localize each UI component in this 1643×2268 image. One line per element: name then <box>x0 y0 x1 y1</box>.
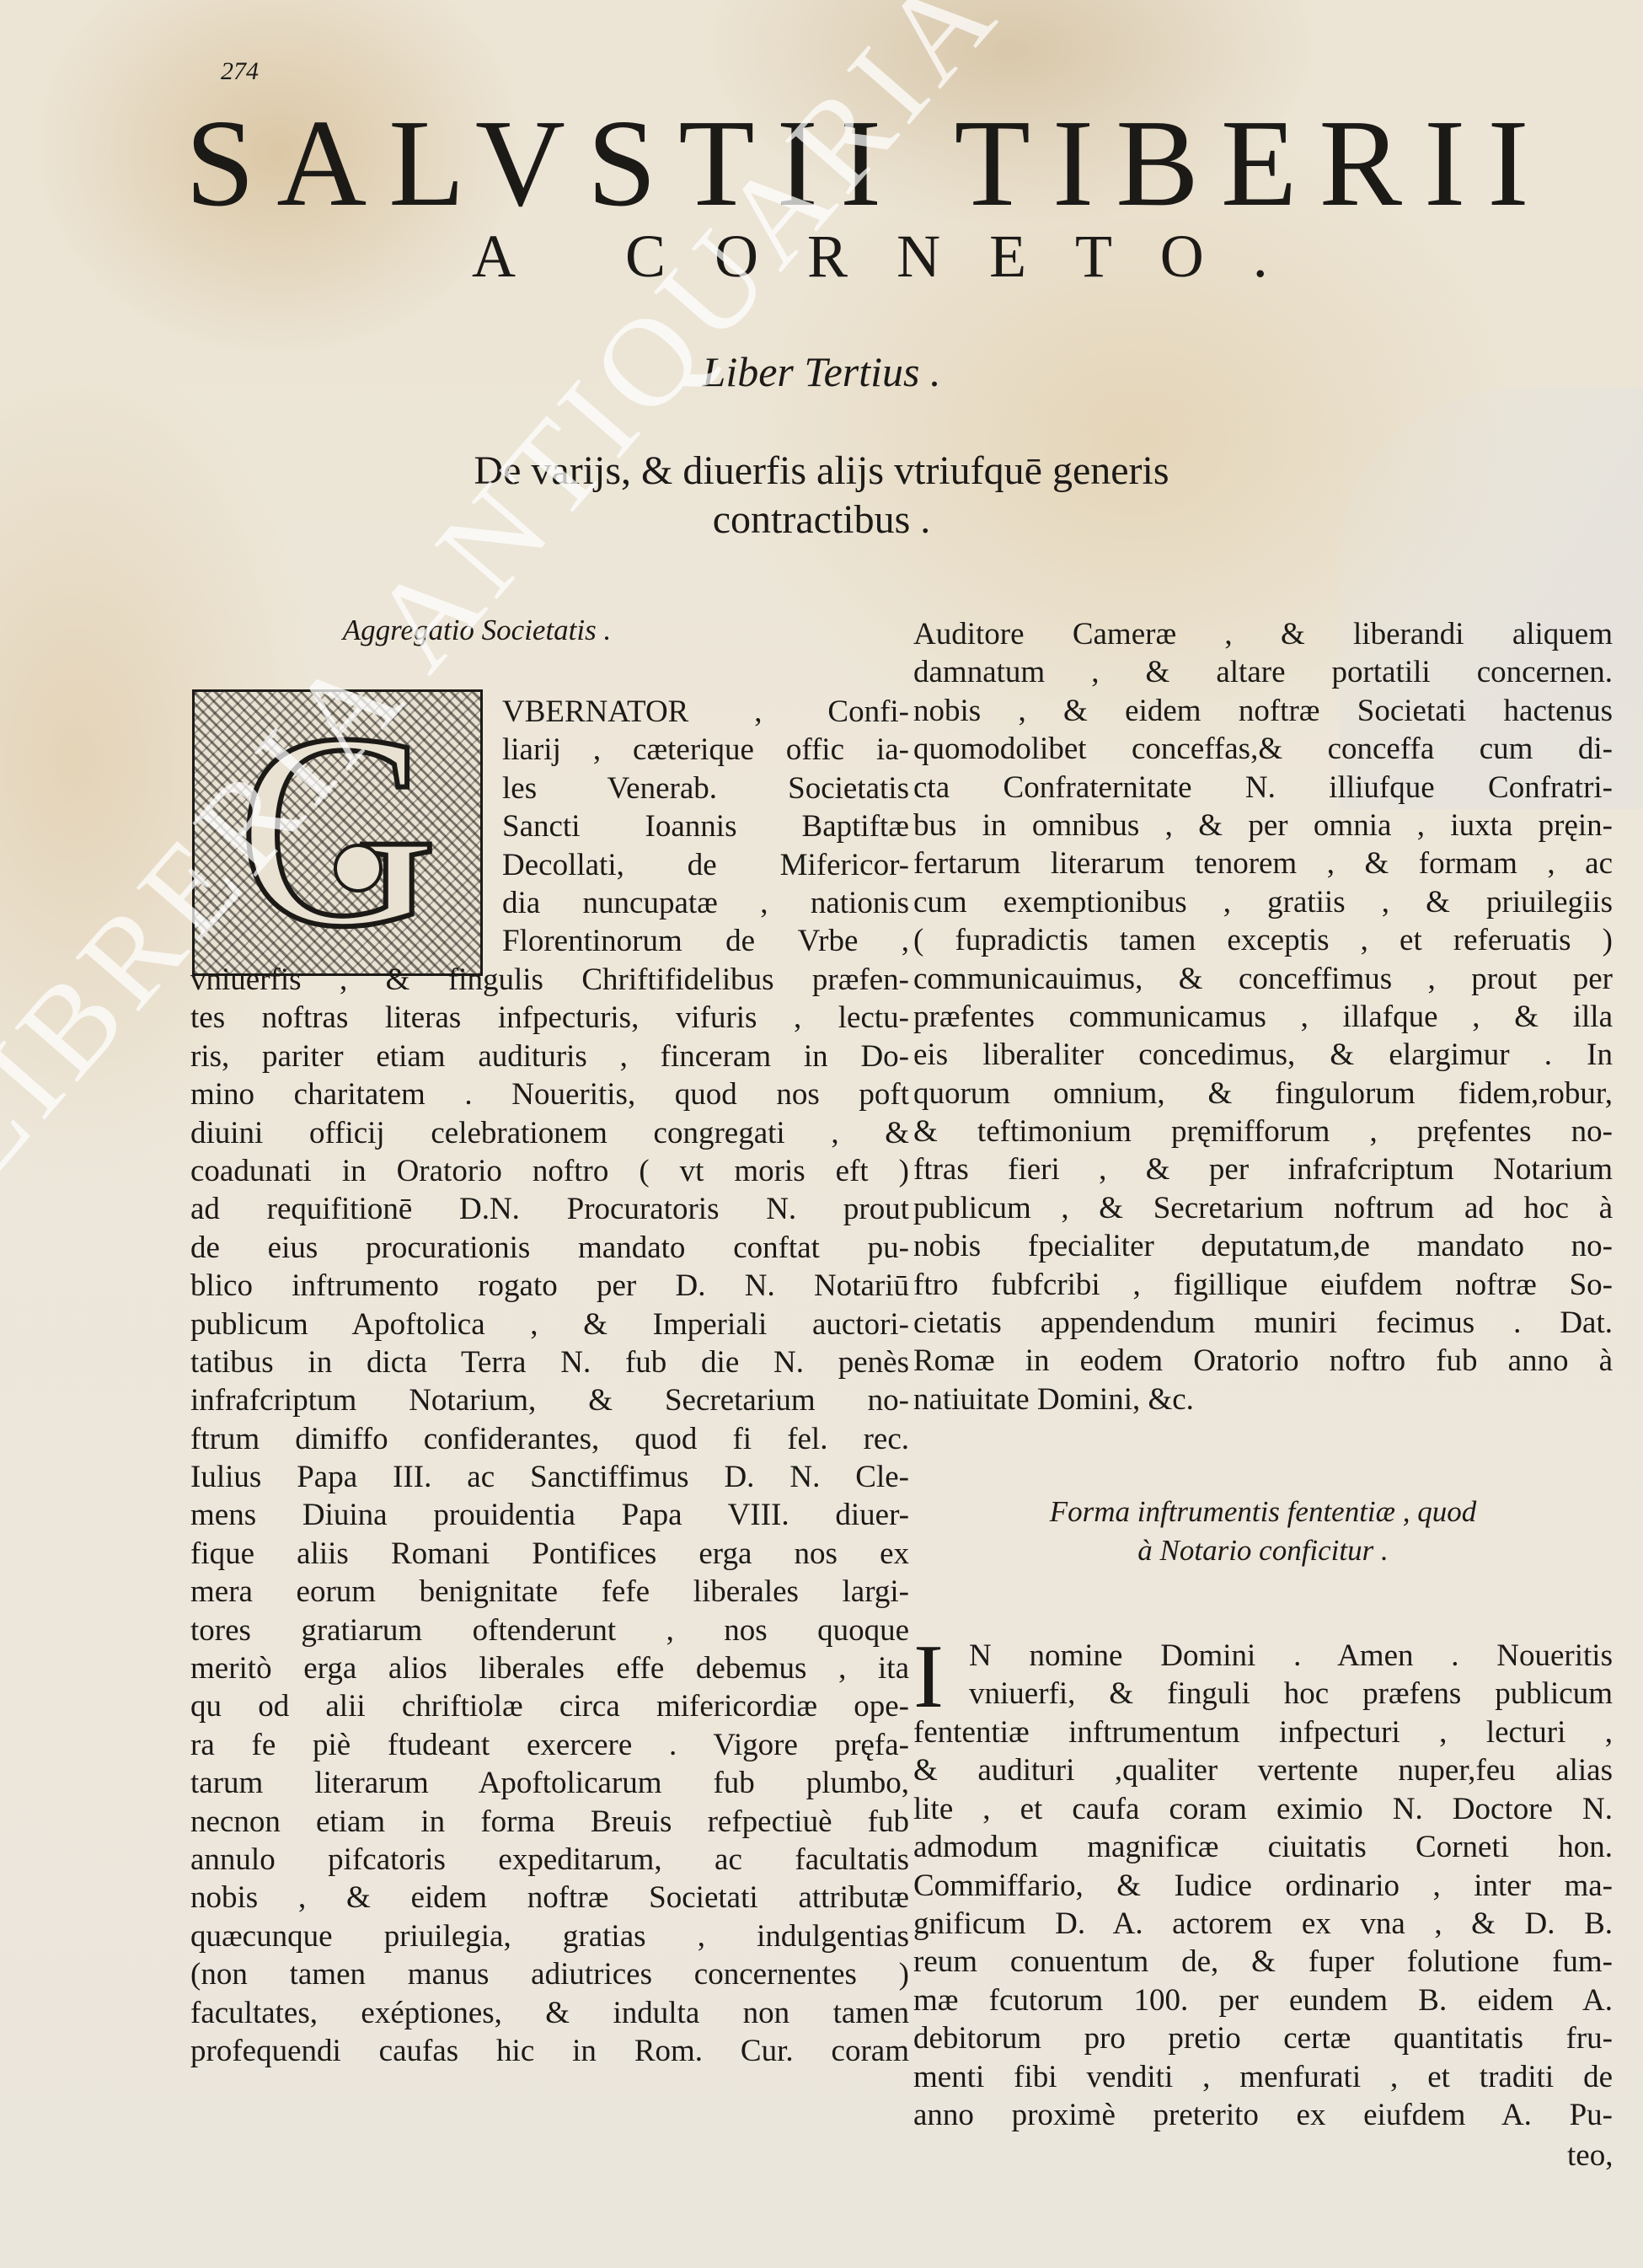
left-column-body: vniuerfis , & fingulis Chriftifidelibus … <box>190 961 909 2070</box>
text-line: ra fe piè ftudeant exercere . Vigore prę… <box>190 1726 909 1764</box>
text-line: ris, pariter etiam audituris , finceram … <box>190 1037 909 1075</box>
text-line: reum conuentum de, & fuper folutione fum… <box>913 1943 1613 1981</box>
right-column-body: Auditore Cameræ , & liberandi aliquem da… <box>913 615 1613 1418</box>
dropcap-adjacent-text: N nomine Domini . Amen . Noueritis vniue… <box>969 1637 1613 1713</box>
text-line: tes noftras literas infpecturis, vifuris… <box>190 999 909 1037</box>
text-line: Decollati, de Mifericor- <box>502 846 909 884</box>
text-line: tores gratiarum oftenderunt , nos quoque <box>190 1611 909 1649</box>
text-line: bus in omnibus , & per omnia , iuxta prę… <box>913 807 1613 844</box>
section-heading-line: contractibus . <box>0 496 1643 544</box>
text-line: coadunati in Oratorio noftro ( vt moris … <box>190 1152 909 1190</box>
text-line: vniuerfis , & fingulis Chriftifidelibus … <box>190 961 909 999</box>
book-page: 274 SALVSTII TIBERII A CORNETO. Liber Te… <box>0 0 1643 2268</box>
ornamental-dropcap: G <box>192 689 483 976</box>
text-line: tatibus in dicta Terra N. fub die N. pen… <box>190 1343 909 1381</box>
text-line: necnon etiam in forma Breuis refpectiuè … <box>190 1803 909 1841</box>
text-line: debitorum pro pretio certæ quantitatis f… <box>913 2019 1613 2057</box>
text-line: diuini officij celebrationem congregati … <box>190 1114 909 1152</box>
text-line: ( fupradictis tamen exceptis , et referu… <box>913 921 1613 959</box>
book-label: Liber Tertius . <box>0 347 1643 396</box>
text-line: communicauimus, & conceffimus , prout pe… <box>913 960 1613 998</box>
text-line: damnatum , & altare portatili concernen. <box>913 653 1613 691</box>
text-line: profequendi caufas hic in Rom. Cur. cora… <box>190 2032 909 2070</box>
text-line: fententiæ inftrumentum infpecturi , lect… <box>913 1713 1613 1751</box>
text-line: annulo pifcatoris expeditarum, ac facult… <box>190 1841 909 1879</box>
page-number: 274 <box>221 57 259 86</box>
text-line: quæcunque priuilegia, gratias , indulgen… <box>190 1917 909 1955</box>
text-line: cta Confraternitate N. illiufque Confrat… <box>913 769 1613 807</box>
text-line: qu od alii chriftiolæ circa mifericordiæ… <box>190 1687 909 1725</box>
text-line: VBERNATOR , Confi- <box>502 693 909 731</box>
text-line: de eius procurationis mandato conftat pu… <box>190 1229 909 1267</box>
right-column-body-2: fententiæ inftrumentum infpecturi , lect… <box>913 1713 1613 2134</box>
section-heading: De varijs, & diuerfis alijs vtriufquē ge… <box>0 447 1643 544</box>
text-line: cum exemptionibus , gratiis , & priuileg… <box>913 883 1613 921</box>
section-heading-line: De varijs, & diuerfis alijs vtriufquē ge… <box>0 447 1643 496</box>
page-subtitle: A CORNETO. <box>472 226 1317 287</box>
text-line: mæ fcutorum 100. per eundem B. eidem A. <box>913 1981 1613 2019</box>
flower-ornament-icon <box>334 844 383 893</box>
text-line: ad requifitionē D.N. Procuratoris N. pro… <box>190 1190 909 1228</box>
heading-line: à Notario conficitur . <box>913 1531 1613 1570</box>
text-line: ftrum dimiffo confiderantes, quod fi fel… <box>190 1420 909 1458</box>
text-line: Commiffario, & Iudice ordinario , inter … <box>913 1867 1613 1905</box>
right-column-heading: Forma inftrumentis fententiæ , quod à No… <box>913 1493 1613 1570</box>
text-line: natiuitate Domini, &c. <box>913 1381 1613 1418</box>
left-column-heading: Aggregatio Societatis . <box>190 614 763 647</box>
text-line: quomodolibet conceffas,& conceffa cum di… <box>913 730 1613 768</box>
text-line: tarum literarum Apoftolicarum fub plumbo… <box>190 1764 909 1802</box>
text-line: nobis , & eidem noftræ Societati attribu… <box>190 1879 909 1917</box>
text-line: menti fibi venditi , menfurati , et trad… <box>913 2058 1613 2096</box>
text-line: Auditore Cameræ , & liberandi aliquem <box>913 615 1613 653</box>
catchword: teo, <box>1567 2137 1613 2174</box>
text-line: Florentinorum de Vrbe , <box>502 922 909 960</box>
heading-line: Forma inftrumentis fententiæ , quod <box>913 1493 1613 1531</box>
text-line: ftro fubfcribi , figillique eiufdem noft… <box>913 1266 1613 1304</box>
text-line: mino charitatem . Noueritis, quod nos po… <box>190 1075 909 1113</box>
text-line: les Venerab. Societatis <box>502 769 909 807</box>
text-line: nobis , & eidem noftræ Societati hactenu… <box>913 692 1613 730</box>
text-line: mera eorum benignitate fefe liberales la… <box>190 1573 909 1611</box>
text-line: Sancti Ioannis Baptiftæ <box>502 807 909 845</box>
text-line: Romæ in eodem Oratorio noftro fub anno à <box>913 1342 1613 1380</box>
text-line: eis liberaliter concedimus, & elargimur … <box>913 1036 1613 1074</box>
text-line: Iulius Papa III. ac Sanctiffimus D. N. C… <box>190 1458 909 1496</box>
text-line: gnificum D. A. actorem ex vna , & D. B. <box>913 1905 1613 1943</box>
text-line: vniuerfi, & finguli hoc præfens publicum <box>969 1675 1613 1713</box>
text-line: meritò erga alios liberales effe debemus… <box>190 1649 909 1687</box>
text-line: publicum , & Secretarium noftrum ad hoc … <box>913 1189 1613 1227</box>
text-line: (non tamen manus adiutrices concernentes… <box>190 1955 909 1993</box>
text-line: & audituri ,qualiter vertente nuper,feu … <box>913 1751 1613 1789</box>
dropcap-letter: I <box>913 1635 944 1719</box>
text-line: nobis fpecialiter deputatum,de mandato n… <box>913 1227 1613 1265</box>
text-line: dia nuncupatæ , nationis <box>502 884 909 922</box>
text-line: præfentes communicamus , illafque , & il… <box>913 998 1613 1036</box>
text-line: ftras fieri , & per infrafcriptum Notari… <box>913 1150 1613 1188</box>
text-line: & teftimonium pręmifforum , pręfentes no… <box>913 1113 1613 1150</box>
page-title: SALVSTII TIBERII <box>185 101 1618 226</box>
text-line: admodum magnificæ ciuitatis Corneti hon. <box>913 1828 1613 1866</box>
text-line: anno proximè preterito ex eiufdem A. Pu- <box>913 2096 1613 2134</box>
dropcap-letter: G <box>211 692 464 970</box>
text-line: mens Diuina prouidentia Papa VIII. diuer… <box>190 1496 909 1534</box>
text-line: cietatis appendendum muniri fecimus . Da… <box>913 1304 1613 1342</box>
text-line: blico inftrumento rogato per D. N. Notar… <box>190 1267 909 1305</box>
text-line: fertarum literarum tenorem , & formam , … <box>913 844 1613 882</box>
text-line: publicum Apoftolica , & Imperiali auctor… <box>190 1306 909 1343</box>
text-line: infrafcriptum Notarium, & Secretarium no… <box>190 1381 909 1419</box>
text-line: liarij , cæterique offic ia- <box>502 731 909 769</box>
text-line: quorum omnium, & fingulorum fidem,robur, <box>913 1075 1613 1113</box>
text-line: fique aliis Romani Pontifices erga nos e… <box>190 1535 909 1573</box>
text-line: lite , et caufa coram eximio N. Doctore … <box>913 1790 1613 1828</box>
dropcap-adjacent-text: VBERNATOR , Confi- liarij , cæterique of… <box>502 693 909 961</box>
text-line: facultates, exéptiones, & indulta non ta… <box>190 1994 909 2032</box>
text-line: N nomine Domini . Amen . Noueritis <box>969 1637 1613 1675</box>
